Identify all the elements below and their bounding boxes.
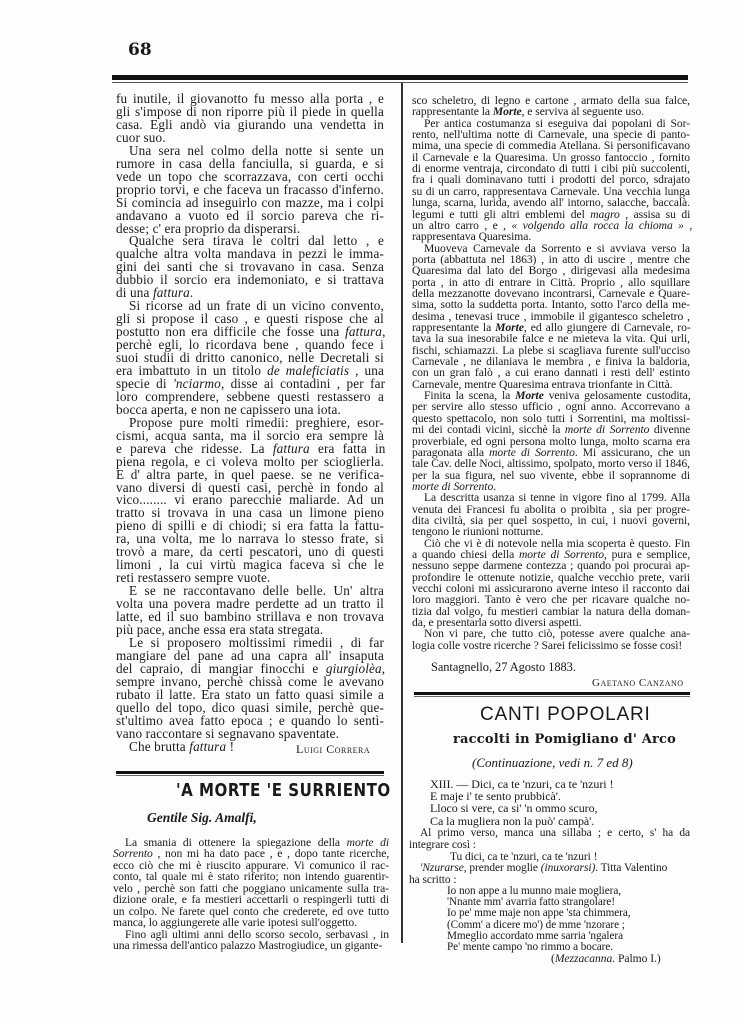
dateline: Santagnello, 27 Agosto 1883. — [431, 660, 576, 675]
page-number: 68 — [128, 40, 152, 60]
quoted-verse-line: Io pe' mme maje non appe 'sta chimmera, — [447, 907, 631, 919]
quoted-verse-line: Io non appe a lu munno maie mogliera, — [447, 885, 621, 897]
text-line: Al primo verso, manca una sillaba ; e ce… — [420, 827, 690, 839]
text-line: logia colle vostre ricerche ? Sarei feli… — [412, 639, 682, 652]
section-subtitle: raccolti in Pomigliano d' Arco — [453, 732, 676, 747]
text-line: una rimessa dell'antico palazzo Mastrogi… — [113, 939, 382, 952]
section-title-canti-popolari: CANTI POPOLARI — [480, 704, 651, 726]
header-rule-thin — [112, 82, 688, 83]
article-separator-right-thin — [414, 696, 690, 697]
text-line: ha scritto : — [409, 874, 456, 886]
letter-greeting: Gentile Sig. Amalfi, — [147, 810, 257, 826]
quoted-verse-line: 'Nnante mm' avarria fatto strangolare! — [447, 896, 615, 908]
quoted-verse-line: (Comm' a dicere mo') de mme 'nzorare ; — [447, 919, 625, 931]
signature-luigi-correra: Luigi Correra — [296, 742, 370, 757]
article-separator-right — [414, 692, 690, 695]
text-line: Che brutta fattura ! — [129, 739, 234, 755]
signature-gaetano-canzano: Gaetano Canzano — [592, 677, 684, 689]
article-separator-thin — [116, 775, 384, 776]
column-divider — [401, 83, 403, 943]
article-title-morte-e-surriento: 'A MORTE 'E SURRIENTO — [176, 781, 391, 801]
text-line: 'Nzurarse, prender moglie (inuxorarsi). … — [420, 862, 667, 874]
continuation-note: (Continuazione, vedi n. 7 ed 8) — [472, 755, 633, 771]
header-rule — [112, 75, 688, 80]
quoted-verse-line: Mmeglio accordato mme sarria 'ngalera — [447, 930, 623, 942]
newspaper-page: 68 fu inutile, il giovanotto fu messo al… — [0, 0, 744, 1024]
article-separator — [116, 771, 384, 774]
text-line: integrare così : — [409, 839, 476, 851]
verse-attribution: (Mezzacanna. Palmo I.) — [551, 952, 661, 965]
